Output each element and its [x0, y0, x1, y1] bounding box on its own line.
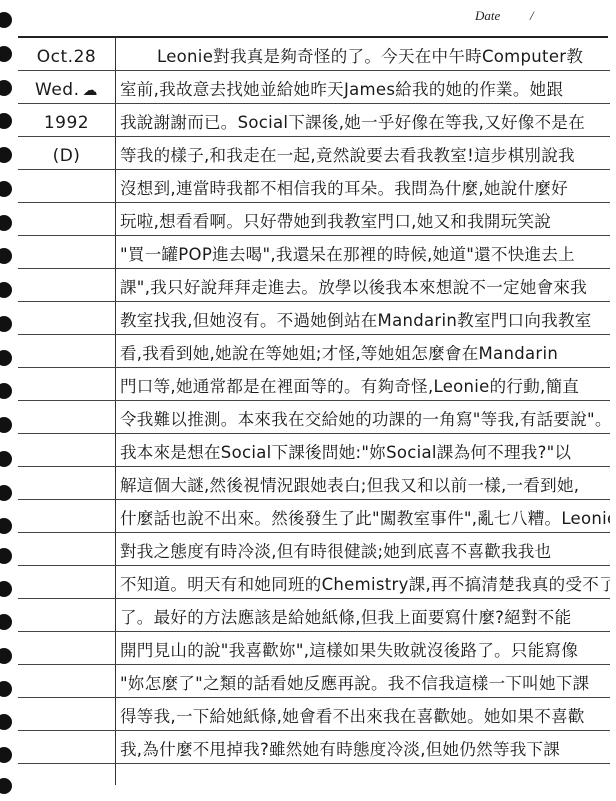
journal-line: "妳怎麼了"之類的話看她反應再說。我不信我這樣一下叫她下課	[18, 665, 610, 698]
line-text: 對我之態度有時冷淡,但有時很健談;她到底喜不喜歡我我也	[115, 538, 610, 565]
line-text: "買一罐POP進去喝",我還呆在那裡的時候,她道"還不快進去上	[115, 241, 610, 268]
binder-hole	[0, 518, 12, 534]
journal-line: 了。最好的方法應該是給她紙條,但我上面要寫什麼?絕對不能	[18, 599, 610, 632]
journal-body: Oct.28 Leonie對我真是夠奇怪的了。今天在中午時Computer教 W…	[18, 38, 610, 764]
journal-line: 教室找我,但她沒有。不過她倒站在Mandarin教室門口向我教室	[18, 302, 610, 335]
line-text: 什麼話也說不出來。然後發生了此"闖教室事件",亂七八糟。Leonie	[115, 505, 610, 532]
binder-hole	[0, 614, 12, 630]
journal-line: 開門見山的說"我喜歡妳",這樣如果失敗就沒後路了。只能寫像	[18, 632, 610, 665]
line-text: 等我的樣子,和我走在一起,竟然說要去看我教室!這步棋別說我	[115, 142, 610, 169]
entry-mark: (D)	[18, 146, 115, 169]
binder-hole	[0, 714, 12, 730]
journal-line: Oct.28 Leonie對我真是夠奇怪的了。今天在中午時Computer教	[18, 38, 610, 71]
journal-line: (D) 等我的樣子,和我走在一起,竟然說要去看我教室!這步棋別說我	[18, 137, 610, 170]
line-text: 課",我只好說拜拜走進去。放學以後我本來想說不一定她會來我	[115, 274, 610, 301]
binder-hole	[0, 417, 12, 433]
binder-hole	[0, 181, 12, 197]
binder-hole	[0, 282, 12, 298]
entry-date: Oct.28	[18, 47, 115, 70]
binder-hole	[0, 681, 12, 697]
journal-line: 玩啦,想看看啊。只好帶她到我教室門口,她又和我開玩笑說	[18, 203, 610, 236]
line-text: 門口等,她通常都是在裡面等的。有夠奇怪,Leonie的行動,簡直	[115, 373, 610, 400]
binder-hole	[0, 648, 12, 664]
line-text: 開門見山的說"我喜歡妳",這樣如果失敗就沒後路了。只能寫像	[115, 637, 610, 664]
journal-line: 不知道。明天有和她同班的Chemistry課,再不搞清楚我真的受不了	[18, 566, 610, 599]
line-text: Leonie對我真是夠奇怪的了。今天在中午時Computer教	[115, 43, 610, 70]
binder-hole	[0, 778, 12, 794]
journal-line: 門口等,她通常都是在裡面等的。有夠奇怪,Leonie的行動,簡直	[18, 368, 610, 401]
journal-line: 1992 我說謝謝而已。Social下課後,她一乎好像在等我,又好像不是在	[18, 104, 610, 137]
binder-hole	[0, 747, 12, 763]
line-text: 了。最好的方法應該是給她紙條,但我上面要寫什麼?絕對不能	[115, 604, 610, 631]
line-text: 沒想到,連當時我都不相信我的耳朵。我問為什麼,她說什麼好	[115, 175, 610, 202]
binder-hole	[0, 350, 12, 366]
line-text: 令我難以推測。本來我在交給她的功課的一角寫"等我,有話要說"。	[115, 406, 610, 433]
binder-hole	[0, 316, 12, 332]
binder-hole	[0, 485, 12, 501]
journal-line: "買一罐POP進去喝",我還呆在那裡的時候,她道"還不快進去上	[18, 236, 610, 269]
journal-line: 得等我,一下給她紙條,她會看不出來我在喜歡她。她如果不喜歡	[18, 698, 610, 731]
binder-hole	[0, 548, 12, 564]
binder-hole	[0, 46, 12, 62]
line-text: 室前,我故意去找她並給她昨天James給我的她的作業。她跟	[115, 76, 610, 103]
date-separator: /	[530, 8, 534, 24]
journal-line: 什麼話也說不出來。然後發生了此"闖教室事件",亂七八糟。Leonie	[18, 500, 610, 533]
binder-hole	[0, 147, 12, 163]
journal-line: 我,為什麼不甩掉我?雖然她有時態度冷淡,但她仍然等我下課	[18, 731, 610, 764]
line-text: 我,為什麼不甩掉我?雖然她有時態度冷淡,但她仍然等我下課	[115, 736, 610, 763]
binder-hole	[0, 80, 12, 96]
line-text: 得等我,一下給她紙條,她會看不出來我在喜歡她。她如果不喜歡	[115, 703, 610, 730]
line-text: 不知道。明天有和她同班的Chemistry課,再不搞清楚我真的受不了	[115, 571, 610, 598]
journal-line: 看,我看到她,她說在等她姐;才怪,等她姐怎麼會在Mandarin	[18, 335, 610, 368]
line-text: 解這個大謎,然後視情況跟她表白;但我又和以前一樣,一看到她,	[115, 472, 610, 499]
line-text: "妳怎麼了"之類的話看她反應再說。我不信我這樣一下叫她下課	[115, 670, 610, 697]
line-text: 看,我看到她,她說在等她姐;才怪,等她姐怎麼會在Mandarin	[115, 340, 610, 367]
date-label: Date	[475, 8, 500, 24]
binder-hole	[0, 215, 12, 231]
journal-line: 對我之態度有時冷淡,但有時很健談;她到底喜不喜歡我我也	[18, 533, 610, 566]
journal-line: 令我難以推測。本來我在交給她的功課的一角寫"等我,有話要說"。	[18, 401, 610, 434]
line-text: 教室找我,但她沒有。不過她倒站在Mandarin教室門口向我教室	[115, 307, 610, 334]
binder-hole	[0, 581, 12, 597]
journal-line: Wed.☁ 室前,我故意去找她並給她昨天James給我的她的作業。她跟	[18, 71, 610, 104]
cloud-icon: ☁	[82, 81, 98, 99]
line-text: 我說謝謝而已。Social下課後,她一乎好像在等我,又好像不是在	[115, 109, 610, 136]
journal-line: 我本來是想在Social下課後問她:"妳Social課為何不理我?"以	[18, 434, 610, 467]
line-text: 我本來是想在Social下課後問她:"妳Social課為何不理我?"以	[115, 439, 610, 466]
journal-line: 沒想到,連當時我都不相信我的耳朵。我問為什麼,她說什麼好	[18, 170, 610, 203]
journal-line: 課",我只好說拜拜走進去。放學以後我本來想說不一定她會來我	[18, 269, 610, 302]
journal-line: 解這個大謎,然後視情況跟她表白;但我又和以前一樣,一看到她,	[18, 467, 610, 500]
binder-hole	[0, 248, 12, 264]
weekday-text: Wed.	[35, 80, 79, 100]
entry-weekday: Wed.☁	[18, 80, 115, 103]
binder-hole	[0, 451, 12, 467]
entry-year: 1992	[18, 113, 115, 136]
binder-hole	[0, 383, 12, 399]
binder-hole	[0, 113, 12, 129]
binder-hole	[0, 12, 12, 28]
binder-holes	[0, 0, 20, 801]
line-text: 玩啦,想看看啊。只好帶她到我教室門口,她又和我開玩笑說	[115, 208, 610, 235]
